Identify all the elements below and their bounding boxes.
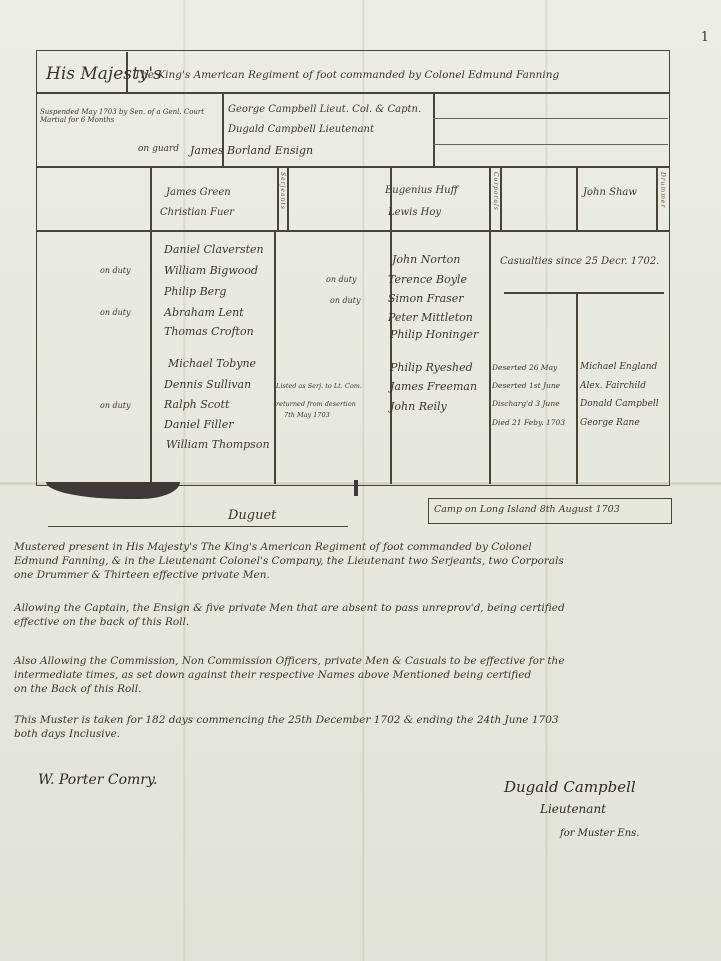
private-b-4: Peter Mittleton [388,311,473,324]
private-b-2: Terence Boyle [388,273,467,286]
title-right: The King's American Regiment of foot com… [134,69,559,81]
casualty-2-note: Deserted 1st June [492,381,560,390]
officers-row-divider [36,166,670,168]
private-a-10: William Thompson [166,438,270,451]
col-div-h [656,166,658,230]
officer-name-2: Dugald Campbell Lieutenant [228,124,374,135]
suspension-note: Suspended May 1703 by Sen. of a Genl. Co… [40,108,220,124]
private-a-4-status: on duty [100,308,131,317]
nco-2-1: Eugenius Huff [385,185,458,196]
casualty-4-name: George Rane [580,418,640,428]
nco-col1-label: Serjeants [279,172,286,210]
private-a-2: William Bigwood [164,264,258,277]
signature-lieutenant-title: Lieutenant [540,802,606,816]
casualty-4-note: Died 21 Feby. 1703 [492,418,565,427]
signature-lieutenant-name: Dugald Campbell [504,778,636,796]
camp-label: Camp on Long Island 8th August 1703 [434,504,620,515]
nco-col3-label: Drummer [659,172,666,208]
casualty-1-name: Michael England [580,362,657,372]
muster-paragraph-4: This Muster is taken for 182 days commen… [14,713,559,741]
casualties-heading: Casualties since 25 Decr. 1702. [500,253,660,271]
col-div-c [274,230,276,484]
remark-a-3: 7th May 1703 [284,411,330,419]
col-div-g [576,292,578,484]
nco-row-divider [36,230,670,232]
private-b-3: Simon Fraser [388,292,464,305]
nco-1-1: James Green [166,187,231,198]
private-b-6: Philip Ryeshed [390,361,473,374]
signature-lieutenant-sub: for Muster Ens. [560,828,639,839]
guard-note: on guard [138,144,179,154]
private-a-3: Philip Berg [164,285,226,298]
private-b-2-status: on duty [326,275,357,284]
officer-name-1: George Campbell Lieut. Col. & Captn. [228,104,421,115]
col-div-e [489,166,491,484]
muster-paragraph-1: Mustered present in His Majesty's The Ki… [14,540,564,582]
remark-a-2: returned from desertion [276,400,356,408]
casualties-underline [504,292,664,294]
private-a-7: Dennis Sullivan [164,378,251,391]
officers-col-divider-2 [433,92,435,166]
private-a-4: Abraham Lent [164,306,244,319]
nco-1-2: Christian Fuer [160,207,234,218]
document-page: 1 His Majesty's The King's American Regi… [0,0,721,961]
private-a-2-status: on duty [100,266,131,275]
private-a-1: Daniel Claversten [164,243,264,256]
private-a-8-status: on duty [100,401,131,410]
casualty-2-name: Alex. Fairchild [580,381,646,391]
officers-subline-2 [433,144,668,145]
casualty-1-note: Deserted 26 May [492,363,557,372]
col-div-e2 [500,166,502,230]
col-div-f [576,166,578,230]
duguet-box [48,496,348,527]
ink-mark [354,480,358,496]
nco-3-1: John Shaw [583,187,637,198]
officer-name-3: James Borland Ensign [190,144,313,157]
col-div-a [150,166,152,484]
muster-paragraph-2: Allowing the Captain, the Ensign & five … [14,601,565,629]
private-b-5: Philip Honinger [390,328,478,341]
casualty-3-name: Donald Campbell [580,399,659,409]
col-div-b2 [287,166,289,230]
private-a-8: Ralph Scott [164,398,229,411]
nco-col2-label: Corporals [492,172,499,211]
nco-2-2: Lewis Hoy [388,207,441,218]
private-b-1: John Norton [392,253,460,266]
private-b-7: James Freeman [390,380,477,393]
casualty-3-note: Discharg'd 3 June [492,399,560,408]
private-b-3-status: on duty [330,296,361,305]
muster-paragraph-3: Also Allowing the Commission, Non Commis… [14,654,565,696]
private-a-9: Daniel Filler [164,418,233,431]
duguet-label: Duguet [228,508,276,523]
page-number: 1 [701,30,709,45]
private-b-8: John Reily [390,400,447,413]
private-a-6: Michael Tobyne [168,357,256,370]
signature-commissary: W. Porter Comry. [38,772,157,788]
remark-a-1: Listed as Serj. to Lt. Com. [276,382,362,390]
officers-subline [433,118,668,119]
private-a-5: Thomas Crofton [164,325,254,338]
title-row-divider [36,92,670,94]
